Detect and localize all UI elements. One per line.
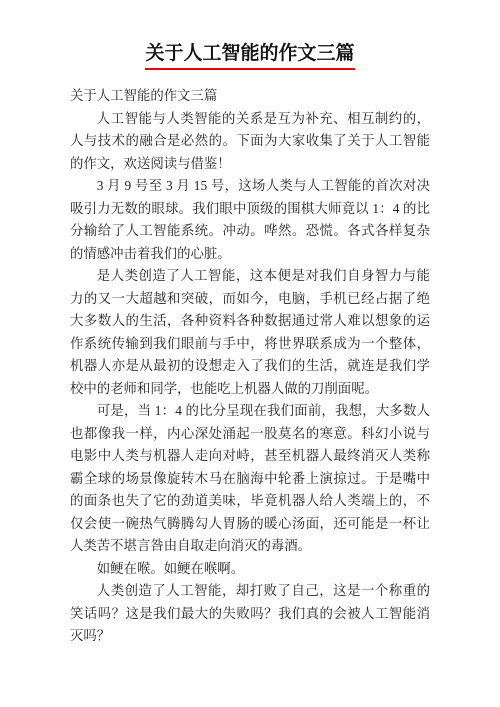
paragraph-intro: 人工智能与人类智能的关系是互为补充、相互制约的，人与技术的融合是必然的。下面为大…	[70, 108, 430, 176]
paragraph-fear: 可是，当 1：4 的比分呈现在我们面前，我想，大多数人也都像我一样，内心深处涌起…	[70, 400, 430, 558]
document-page: 关于人工智能的作文三篇 关于人工智能的作文三篇 人工智能与人类智能的关系是互为补…	[0, 0, 500, 707]
document-title: 关于人工智能的作文三篇	[70, 42, 430, 70]
paragraph-creation: 是人类创造了人工智能，这本便是对我们自身智力与能力的又一大超越和突破，而如今，电…	[70, 265, 430, 400]
paragraph-match-result: 3 月 9 号至 3 月 15 号，这场人类与人工智能的首次对决吸引力无数的眼球…	[70, 175, 430, 265]
document-title-text: 关于人工智能的作文三篇	[145, 42, 354, 70]
paragraph-questions: 人类创造了人工智能，却打败了自己，这是一个称重的笑话吗？这是我们最大的失败吗？我…	[70, 580, 430, 648]
document-subtitle: 关于人工智能的作文三篇	[70, 85, 430, 108]
paragraph-sigh: 如鲠在喉。如鲠在喉啊。	[70, 558, 430, 581]
